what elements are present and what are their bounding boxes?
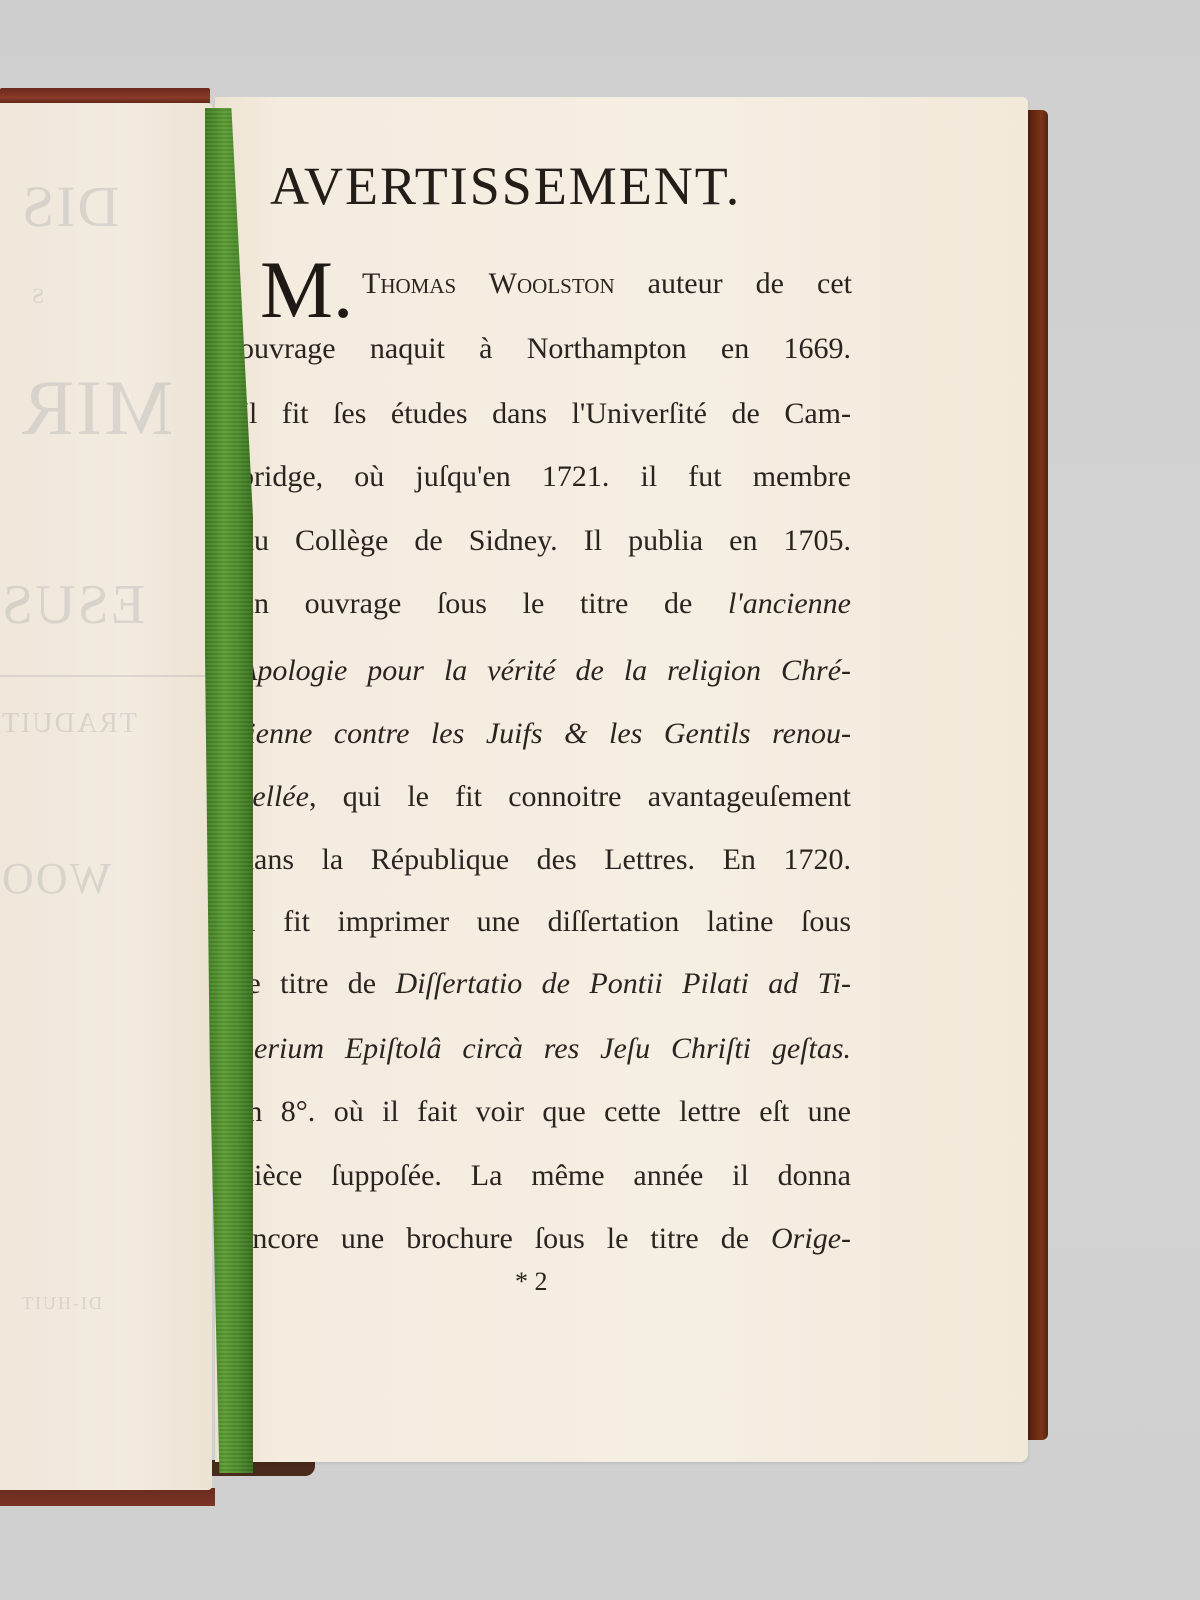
right-page: AVERTISSEMENT. M. Thomas Woolston auteur… xyxy=(215,97,1028,1462)
text-span: un ouvrage ſous le titre de xyxy=(239,587,728,620)
bleed-through-text: DIS xyxy=(20,173,119,240)
text-span: du Collège de Sidney. Il publia en 1705. xyxy=(239,524,851,557)
text-line: tienne contre les Juifs & les Gentils re… xyxy=(239,717,851,751)
page-text-block: AVERTISSEMENT. M. Thomas Woolston auteur… xyxy=(215,97,1028,1462)
text-span: , qui le fit connoitre avantageuſement xyxy=(309,780,851,813)
text-line: le titre de Diſſertatio de Pontii Pilati… xyxy=(239,967,851,1001)
text-span: Thomas Woolston xyxy=(362,267,615,300)
text-span: encore une brochure ſous le titre de xyxy=(239,1222,771,1255)
text-line: vellée, qui le fit connoitre avantageuſe… xyxy=(239,780,851,814)
text-line: berium Epiſtolâ circà res Jeſu Chriſti g… xyxy=(239,1032,851,1066)
drop-cap: M. xyxy=(260,249,353,331)
bleed-through-rule xyxy=(0,675,212,677)
signature-mark: * 2 xyxy=(515,1267,548,1297)
text-span: l'ancienne xyxy=(728,587,851,620)
text-line: bridge, où juſqu'en 1721. il fut membre xyxy=(239,460,851,494)
bleed-through-text: DI-HUIT xyxy=(20,1293,102,1314)
text-span: dans la République des Lettres. En 1720. xyxy=(239,843,851,876)
text-span: Il fit ſes études dans l'Univerſité de C… xyxy=(239,397,851,430)
left-page: DIS S MIR ESUS TRADUIT WOO DI-HUIT xyxy=(0,103,212,1490)
text-span: berium Epiſtolâ circà res Jeſu Chriſti g… xyxy=(239,1032,851,1065)
text-line: pièce ſuppoſée. La même année il donna xyxy=(239,1159,851,1193)
page-title: AVERTISSEMENT. xyxy=(270,155,741,217)
text-span: tienne contre les Juifs & les Gentils re… xyxy=(239,717,851,750)
text-line: du Collège de Sidney. Il publia en 1705. xyxy=(239,524,851,558)
text-line: ouvrage naquit à Northampton en 1669. xyxy=(239,332,851,366)
text-line: un ouvrage ſous le titre de l'ancienne xyxy=(239,587,851,621)
text-span: Orige- xyxy=(771,1222,851,1255)
text-line: in 8°. où il fait voir que cette lettre … xyxy=(239,1095,851,1129)
bleed-through-text: MIR xyxy=(20,363,173,453)
bleed-through-text: WOO xyxy=(0,853,111,904)
text-line: Il fit ſes études dans l'Univerſité de C… xyxy=(239,397,851,431)
text-span: bridge, où juſqu'en 1721. il fut membre xyxy=(239,460,851,493)
text-line: Thomas Woolston auteur de cet xyxy=(362,267,852,301)
text-span: pièce ſuppoſée. La même année il donna xyxy=(239,1159,851,1192)
text-span: il fit imprimer une diſſertation latine … xyxy=(239,905,851,938)
text-span: auteur de cet xyxy=(615,267,852,300)
text-line: Apologie pour la vérité de la religion C… xyxy=(239,654,851,688)
bleed-through-text: TRADUIT xyxy=(0,708,137,740)
text-line: dans la République des Lettres. En 1720. xyxy=(239,843,851,877)
leather-cover-top-left xyxy=(0,88,210,104)
text-line: encore une brochure ſous le titre de Ori… xyxy=(239,1222,851,1256)
text-span: Apologie pour la vérité de la religion C… xyxy=(239,654,851,687)
leather-cover-bottom-left xyxy=(0,1488,215,1506)
text-span: in 8°. où il fait voir que cette lettre … xyxy=(239,1095,851,1128)
bleed-through-text: ESUS xyxy=(0,573,145,637)
leather-cover-right-edge xyxy=(1026,110,1048,1440)
bleed-through-text: S xyxy=(30,283,44,309)
text-span: le titre de xyxy=(239,967,396,1000)
text-span: Diſſertatio de Pontii Pilati ad Ti- xyxy=(396,967,851,1000)
text-span: ouvrage naquit à Northampton en 1669. xyxy=(239,332,851,365)
text-line: il fit imprimer une diſſertation latine … xyxy=(239,905,851,939)
